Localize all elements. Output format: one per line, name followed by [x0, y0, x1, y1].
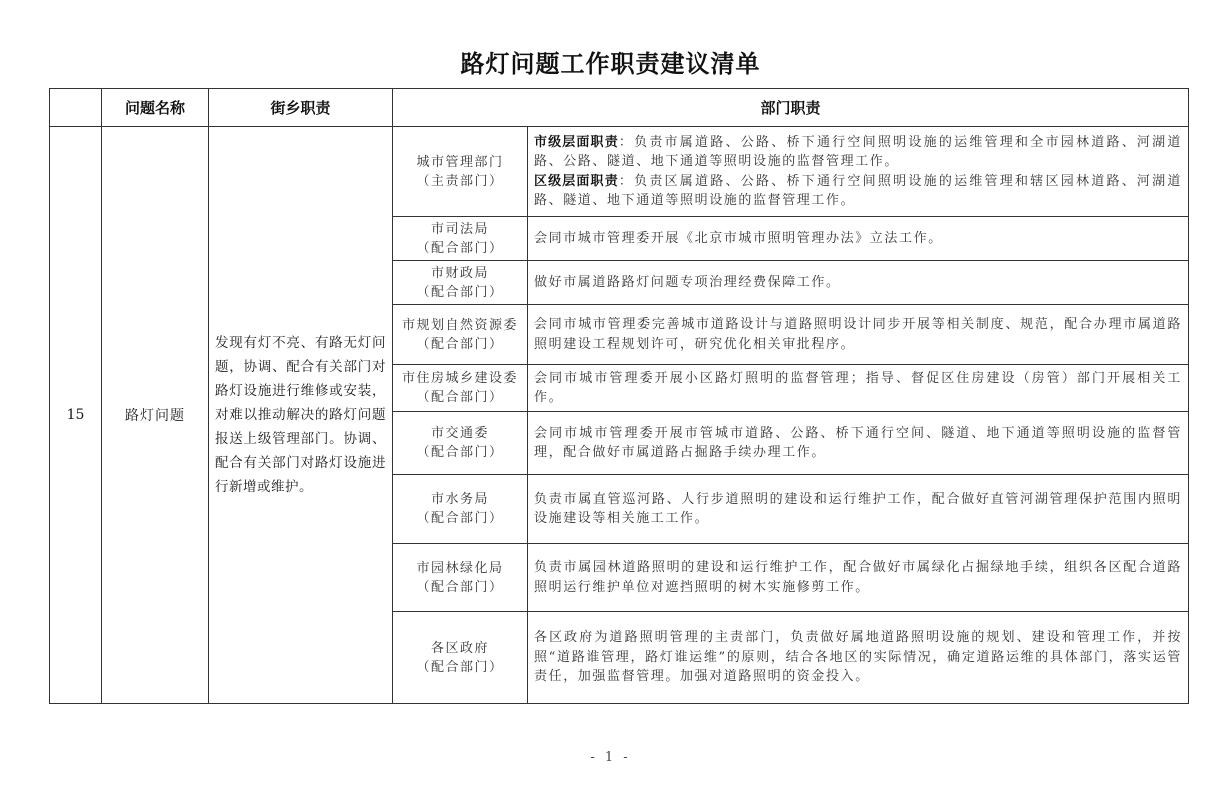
dept-cell: 市财政局 （配合部门） [393, 261, 528, 305]
dept-name: 市财政局 [393, 264, 527, 283]
dept-cell: 市园林绿化局 （配合部门） [393, 544, 528, 612]
duty-text-city: ：负责市属道路、公路、桥下通行空间照明设施的运维管理和全市园林道路、河湖道路、公… [534, 135, 1182, 170]
dept-duty: 会同市城市管理委开展小区路灯照明的监督管理；指导、督促区住房建设（房管）部门开展… [528, 365, 1189, 412]
duty-block-city: 市级层面职责：负责市属道路、公路、桥下通行空间照明设施的运维管理和全市园林道路、… [534, 133, 1182, 172]
duty-label-district: 区级层面职责 [534, 174, 619, 189]
dept-name: 市住房城乡建设委 [393, 369, 527, 388]
dept-duty: 做好市属道路路灯问题专项治理经费保障工作。 [528, 261, 1189, 305]
dept-duty: 负责市属直管巡河路、人行步道照明的建设和运行维护工作，配合做好直管河湖管理保护范… [528, 475, 1189, 544]
dept-duty: 会同市城市管理委完善城市道路设计与道路照明设计同步开展等相关制度、规范，配合办理… [528, 305, 1189, 365]
dept-duty: 各区政府为道路照明管理的主责部门，负责做好属地道路照明设施的规划、建设和管理工作… [528, 612, 1189, 704]
street-duty: 发现有灯不亮、有路无灯问题，协调、配合有关部门对路灯设施进行维修或安装，对难以推… [209, 127, 393, 704]
dept-name: 城市管理部门 [393, 153, 527, 172]
dept-role: （配合部门） [393, 658, 527, 677]
dept-duty: 会同市城市管理委开展市管城市道路、公路、桥下通行空间、隧道、地下通道等照明设施的… [528, 412, 1189, 475]
dept-role: （配合部门） [393, 283, 527, 302]
dept-cell: 城市管理部门 （主责部门） [393, 127, 528, 217]
issue-name: 路灯问题 [102, 127, 209, 704]
dept-role: （配合部门） [393, 509, 527, 528]
dept-role: （主责部门） [393, 172, 527, 191]
table-row: 15 路灯问题 发现有灯不亮、有路无灯问题，协调、配合有关部门对路灯设施进行维修… [50, 127, 1189, 217]
page-number: - 1 - [0, 750, 1221, 765]
header-number [50, 89, 102, 127]
dept-cell: 各区政府 （配合部门） [393, 612, 528, 704]
dept-cell: 市司法局 （配合部门） [393, 217, 528, 261]
header-dept-duty: 部门职责 [393, 89, 1189, 127]
header-issue-name: 问题名称 [102, 89, 209, 127]
dept-role: （配合部门） [393, 335, 527, 354]
dept-cell: 市水务局 （配合部门） [393, 475, 528, 544]
document-title: 路灯问题工作职责建议清单 [0, 44, 1221, 79]
dept-cell: 市住房城乡建设委 （配合部门） [393, 365, 528, 412]
table-header-row: 问题名称 街乡职责 部门职责 [50, 89, 1189, 127]
dept-duty-cell: 市级层面职责：负责市属道路、公路、桥下通行空间照明设施的运维管理和全市园林道路、… [528, 127, 1189, 217]
dept-name: 各区政府 [393, 639, 527, 658]
header-street-duty: 街乡职责 [209, 89, 393, 127]
duty-text-district: ：负责区属道路、公路、桥下通行空间照明设施的运维管理和辖区园林道路、河湖道路、隧… [534, 174, 1182, 209]
dept-role: （配合部门） [393, 388, 527, 407]
dept-name: 市水务局 [393, 490, 527, 509]
row-number: 15 [50, 127, 102, 704]
dept-role: （配合部门） [393, 578, 527, 597]
dept-name: 市园林绿化局 [393, 559, 527, 578]
dept-cell: 市规划自然资源委 （配合部门） [393, 305, 528, 365]
dept-role: （配合部门） [393, 443, 527, 462]
dept-name: 市司法局 [393, 220, 527, 239]
dept-name: 市规划自然资源委 [393, 316, 527, 335]
responsibility-table: 问题名称 街乡职责 部门职责 15 路灯问题 发现有灯不亮、有路无灯问题，协调、… [49, 88, 1189, 704]
dept-duty: 负责市属园林道路照明的建设和运行维护工作，配合做好市属绿化占掘绿地手续，组织各区… [528, 544, 1189, 612]
dept-duty: 会同市城市管理委开展《北京市城市照明管理办法》立法工作。 [528, 217, 1189, 261]
dept-cell: 市交通委 （配合部门） [393, 412, 528, 475]
dept-role: （配合部门） [393, 239, 527, 258]
duty-label-city: 市级层面职责 [534, 135, 619, 150]
duty-block-district: 区级层面职责：负责区属道路、公路、桥下通行空间照明设施的运维管理和辖区园林道路、… [534, 172, 1182, 211]
dept-name: 市交通委 [393, 424, 527, 443]
